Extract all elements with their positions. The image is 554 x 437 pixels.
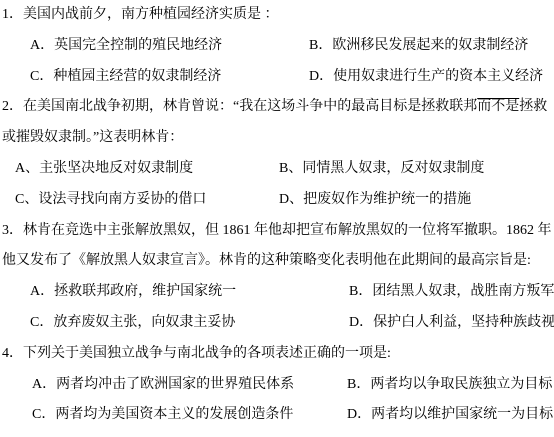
question-1-option-a: A．英国完全控制的殖民地经济: [30, 31, 222, 62]
question-2-options-row-cd: C、设法寻找向南方妥协的借口 D、把废奴作为维护统一的措施: [2, 185, 554, 216]
question-3-option-a: A．拯救联邦政府，维护国家统一: [30, 277, 236, 308]
question-1-stem: 1．美国内战前夕，南方种植园经济实质是 ：: [2, 0, 554, 31]
question-1-option-c: C．种植园主经营的奴隶制经济: [30, 62, 221, 93]
question-4-options-row-ab: A．两者均冲击了欧洲国家的世界殖民体系 B．两者均以争取民族独立为目标: [2, 370, 554, 401]
question-3-options-row-ab: A．拯救联邦政府，维护国家统一 B．团结黑人奴隶，战胜南方叛军: [2, 277, 554, 308]
question-3-options-row-cd: C．放弃废奴主张，向奴隶主妥协 D．保护白人利益，坚持种族歧视: [2, 308, 554, 339]
question-4-option-c: C．两者均为美国资本主义的发展创造条件: [32, 400, 293, 431]
question-4-option-d: D．两者均以维护国家统一为目标: [347, 400, 553, 431]
question-2-stem-line-1: 2．在美国南北战争初期，林肯曾说：“我在这场斗争中的最高目标是拯救联邦而不是拯救: [2, 92, 554, 123]
question-4-option-b: B．两者均以争取民族独立为目标: [347, 370, 552, 401]
question-2-option-a: A、主张坚决地反对奴隶制度: [15, 154, 193, 185]
question-2-stem-line-2: 或摧毁奴隶制。”这表明林肯：: [2, 123, 554, 154]
question-3-option-b: B．团结黑人奴隶，战胜南方叛军: [349, 277, 554, 308]
question-2-option-b: B、同情黑人奴隶，反对奴隶制度: [279, 154, 484, 185]
question-2-stem-text-pre: 2．在美国南北战争初期，林肯曾说：“我在这场斗争中的最高目标是拯救联邦: [2, 99, 477, 114]
question-3-option-c: C．放弃废奴主张，向奴隶主妥协: [30, 308, 235, 339]
question-3-stem-line-2: 他又发布了《解放黑人奴隶宣言》。林肯的这种策略变化表明他在此期间的最高宗旨是:: [2, 246, 554, 277]
question-2-stem-text-post: 拯救: [519, 99, 547, 114]
question-1-options-row-cd: C．种植园主经营的奴隶制经济 D．使用奴隶进行生产的资本主义经济: [2, 62, 554, 93]
question-2-options-row-ab: A、主张坚决地反对奴隶制度 B、同情黑人奴隶，反对奴隶制度: [2, 154, 554, 185]
question-4-stem: 4．下列关于美国独立战争与南北战争的各项表述正确的一项是:: [2, 339, 554, 370]
question-4-options-row-cd: C．两者均为美国资本主义的发展创造条件 D．两者均以维护国家统一为目标: [2, 400, 554, 431]
question-2-option-c: C、设法寻找向南方妥协的借口: [15, 185, 206, 216]
question-1-option-b: B．欧洲移民发展起来的奴隶制经济: [309, 31, 528, 62]
question-2-option-d: D、把废奴作为维护统一的措施: [279, 185, 471, 216]
question-1-options-row-ab: A．英国完全控制的殖民地经济 B．欧洲移民发展起来的奴隶制经济: [2, 31, 554, 62]
question-3-option-d: D．保护白人利益，坚持种族歧视: [349, 308, 554, 339]
question-4-option-a: A．两者均冲击了欧洲国家的世界殖民体系: [32, 370, 294, 401]
question-2-stem-emphasis: 而不是: [477, 99, 519, 114]
quiz-document: 1．美国内战前夕，南方种植园经济实质是 ： A．英国完全控制的殖民地经济 B．欧…: [0, 0, 554, 437]
question-1-option-d: D．使用奴隶进行生产的资本主义经济: [309, 62, 543, 93]
question-3-stem-line-1: 3．林肯在竞选中主张解放黑奴，但 1861 年他却把宣布解放黑奴的一位将军撤职。…: [2, 216, 554, 247]
